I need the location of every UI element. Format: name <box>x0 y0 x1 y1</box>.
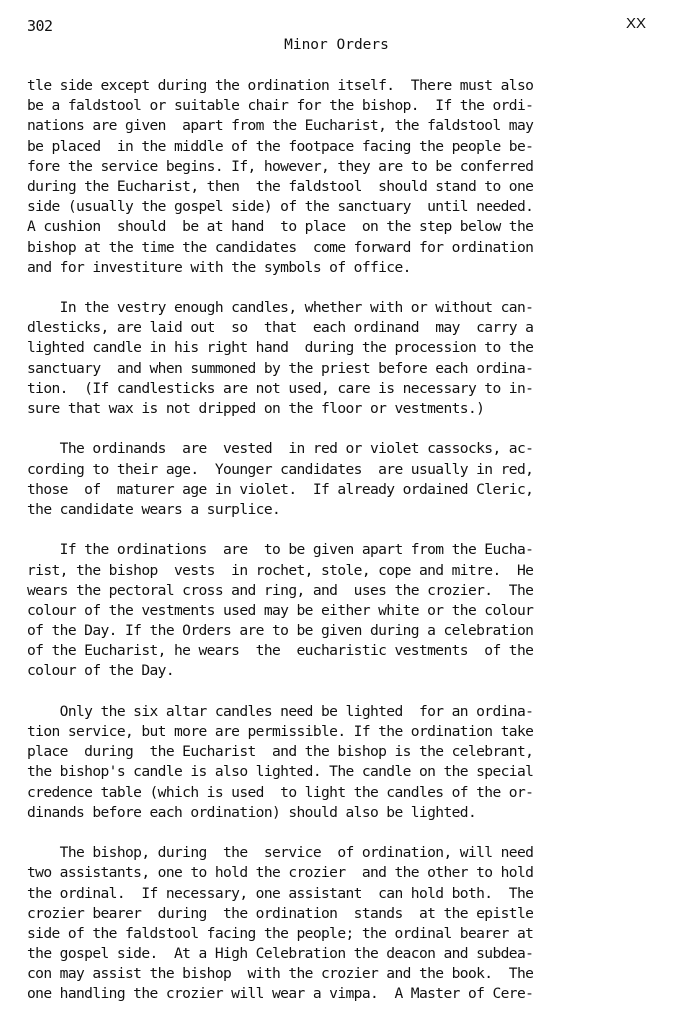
text-line: colour of the Day. <box>27 661 652 681</box>
text-line: The ordinands are vested in red or viole… <box>27 439 652 459</box>
text-line: side of the faldstool facing the people;… <box>27 924 652 944</box>
text-line: side (usually the gospel side) of the sa… <box>27 197 652 217</box>
paragraph: tle side except during the ordination it… <box>27 76 652 278</box>
chapter-number: XX <box>626 15 646 32</box>
text-line: be a faldstool or suitable chair for the… <box>27 96 652 116</box>
text-line: sure that wax is not dripped on the floo… <box>27 399 652 419</box>
text-line: those of maturer age in violet. If alrea… <box>27 480 652 500</box>
text-line: rist, the bishop vests in rochet, stole,… <box>27 561 652 581</box>
text-line: lighted candle in his right hand during … <box>27 338 652 358</box>
text-line: con may assist the bishop with the crozi… <box>27 964 652 984</box>
text-line: dinands before each ordination) should a… <box>27 803 652 823</box>
text-line: credence table (which is used to light t… <box>27 783 652 803</box>
text-line: The bishop, during the service of ordina… <box>27 843 652 863</box>
text-line: during the Eucharist, then the faldstool… <box>27 177 652 197</box>
text-line: the bishop's candle is also lighted. The… <box>27 762 652 782</box>
text-line: bishop at the time the candidates come f… <box>27 238 652 258</box>
text-line: tion. (If candlesticks are not used, car… <box>27 379 652 399</box>
text-line: colour of the vestments used may be eith… <box>27 601 652 621</box>
text-line: In the vestry enough candles, whether wi… <box>27 298 652 318</box>
text-line: crozier bearer during the ordination sta… <box>27 904 652 924</box>
page-number: 302 <box>27 17 53 35</box>
paragraph: If the ordinations are to be given apart… <box>27 540 652 681</box>
text-line: tle side except during the ordination it… <box>27 76 652 96</box>
running-title: Minor Orders <box>0 37 673 53</box>
text-line: the candidate wears a surplice. <box>27 500 652 520</box>
text-line: two assistants, one to hold the crozier … <box>27 863 652 883</box>
text-line: cording to their age. Younger candidates… <box>27 460 652 480</box>
paragraph: The ordinands are vested in red or viole… <box>27 439 652 520</box>
paragraph: In the vestry enough candles, whether wi… <box>27 298 652 419</box>
text-line: of the Eucharist, he wears the eucharist… <box>27 641 652 661</box>
text-line: place during the Eucharist and the bisho… <box>27 742 652 762</box>
text-line: be placed in the middle of the footpace … <box>27 137 652 157</box>
text-line: wears the pectoral cross and ring, and u… <box>27 581 652 601</box>
text-line: A cushion should be at hand to place on … <box>27 217 652 237</box>
text-line: dlesticks, are laid out so that each ord… <box>27 318 652 338</box>
text-line: nations are given apart from the Euchari… <box>27 116 652 136</box>
text-line: Only the six altar candles need be light… <box>27 702 652 722</box>
paragraph: Only the six altar candles need be light… <box>27 702 652 823</box>
text-line: the ordinal. If necessary, one assistant… <box>27 884 652 904</box>
text-line: and for investiture with the symbols of … <box>27 258 652 278</box>
text-line: sanctuary and when summoned by the pries… <box>27 359 652 379</box>
text-line: tion service, but more are permissible. … <box>27 722 652 742</box>
text-line: If the ordinations are to be given apart… <box>27 540 652 560</box>
text-line: one handling the crozier will wear a vim… <box>27 984 652 1004</box>
text-line: of the Day. If the Orders are to be give… <box>27 621 652 641</box>
page-body: tle side except during the ordination it… <box>27 76 652 1025</box>
text-line: the gospel side. At a High Celebration t… <box>27 944 652 964</box>
paragraph: The bishop, during the service of ordina… <box>27 843 652 1005</box>
text-line: fore the service begins. If, however, th… <box>27 157 652 177</box>
